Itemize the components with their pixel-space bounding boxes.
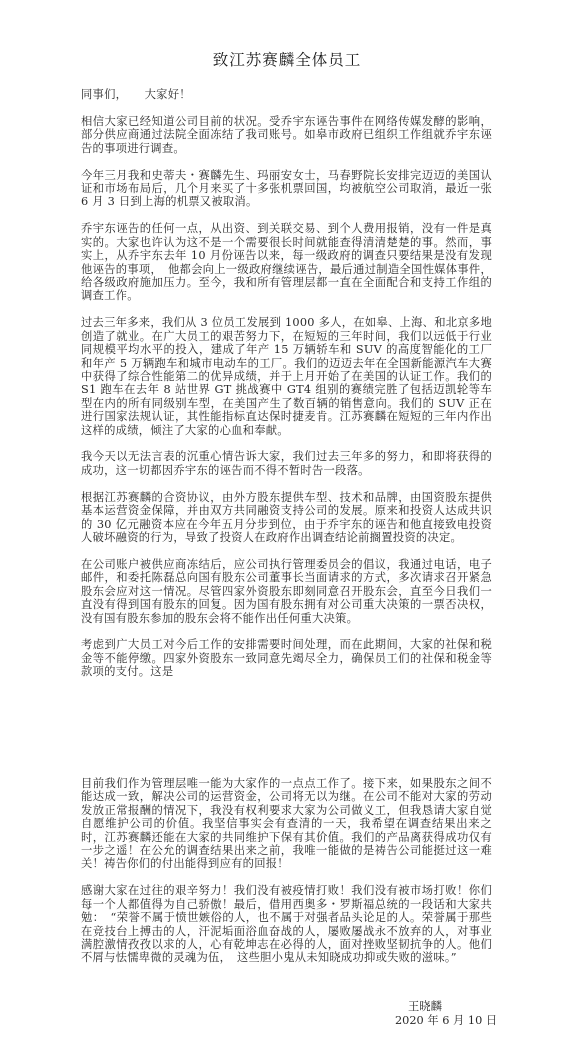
letter-body-page-2: 目前我们作为管理层唯一能为大家作的一点点工作了。接下来，如果股东之间不能达成一致… [81, 777, 492, 978]
paragraph-flights-cancelled: 今年三月我和史蒂夫・赛麟先生、玛丽安女士，马春野院长安排完迈迈的美国认证和市场布… [81, 169, 492, 209]
paragraph-allegations: 乔宇东诬告的任何一点，从出资、到关联交易、到个人费用报销，没有一件是真实的。大家… [81, 222, 492, 302]
letter-title: 致江苏赛麟全体员工 [0, 48, 574, 70]
signature-date: 2020 年 6 月 10 日 [395, 1012, 497, 1028]
paragraph-closing-quote: 感谢大家在过往的艰辛努力！我们没有被疫情打败！我们没有被市场打败！你们每一个人都… [81, 884, 492, 964]
greeting: 同事们， 大家好！ [81, 88, 492, 101]
paragraph-announcement: 我今天以无法言表的沉重心情告诉大家，我们过去三年多的努力，和即将获得的成功，这一… [81, 450, 492, 477]
paragraph-achievements: 过去三年多来，我们从 3 位员工发展到 1000 多人，在如皋、上海、和北京多地… [81, 316, 492, 437]
paragraph-social-insurance: 考虑到广大员工对今后工作的安排需要时间处理，而在此期间，大家的社保和税金等不能停… [81, 638, 492, 678]
paragraph-management-outlook: 目前我们作为管理层唯一能为大家作的一点点工作了。接下来，如果股东之间不能达成一致… [81, 777, 492, 871]
paragraph-financing: 根据江苏赛麟的合资协议，由外方股东提供车型、技术和品牌，由国资股东提供基本运营资… [81, 491, 492, 545]
paragraph-shareholders: 在公司账户被供应商冻结后，应公司执行管理委员会的倡议，我通过电话，电子邮件，和委… [81, 558, 492, 625]
paragraph-account-frozen: 相信大家已经知道公司目前的状况。受乔宇东诬告事件在网络传媒发酵的影响，部分供应商… [81, 115, 492, 155]
letter-body-page-1: 同事们， 大家好！ 相信大家已经知道公司目前的状况。受乔宇东诬告事件在网络传媒发… [81, 88, 492, 692]
